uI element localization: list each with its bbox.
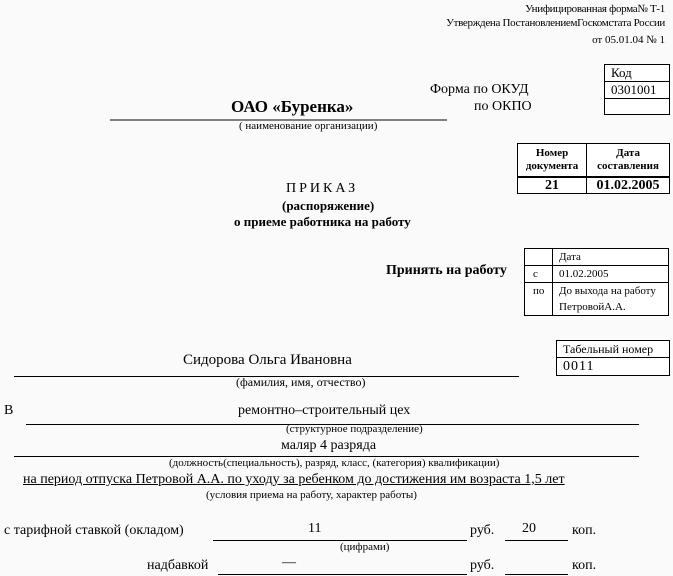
fio-caption: (фамилия, имя, отчество) — [236, 375, 365, 390]
approval-label: Утверждена ПостановлениемГоскомстата Рос… — [446, 17, 665, 29]
tariff-kop-value[interactable]: 20 — [522, 521, 536, 537]
bonus-label: надбавкой — [147, 558, 208, 574]
code-box: Код 0301001 — [604, 64, 670, 115]
code-header: Код — [605, 65, 669, 82]
tariff-kop-underline — [505, 540, 568, 541]
conditions-value[interactable]: на период отпуска Петровой А.А. по уходу… — [23, 472, 565, 488]
employment-period-table: Дата с 01.02.2005 по До выхода на работу… — [524, 248, 669, 316]
okpo-label: по ОКПО — [474, 99, 532, 115]
bonus-kop-label: коп. — [572, 558, 596, 574]
department-caption: (структурное подразделение) — [286, 423, 423, 435]
tariff-kop-label: коп. — [572, 523, 596, 539]
document-number-table: Номердокумента Датасоставления 21 01.02.… — [517, 143, 670, 194]
period-from-value[interactable]: 01.02.2005 — [553, 266, 669, 283]
tab-number-box: Табельный номер 0011 — [556, 340, 670, 376]
tab-number-value[interactable]: 0011 — [557, 358, 669, 376]
order-subject: о приеме работника на работу — [234, 214, 411, 230]
bonus-rub-value[interactable]: — — [282, 555, 296, 571]
department-value[interactable]: ремонтно–строительный цех — [238, 403, 410, 419]
period-to-line1: До выхода на работу — [559, 283, 668, 299]
doc-number-value[interactable]: 21 — [518, 177, 587, 194]
period-to-value[interactable]: До выхода на работу ПетровойА.А. — [553, 283, 669, 316]
organization-caption: ( наименование организации) — [239, 120, 377, 132]
order-subtitle: (распоряжение) — [282, 198, 374, 214]
position-value[interactable]: маляр 4 разряда — [281, 438, 376, 454]
tariff-rub-label: руб. — [470, 523, 494, 539]
tab-number-header: Табельный номер — [557, 341, 669, 358]
bonus-rub-underline — [218, 574, 467, 575]
okud-label: Форма по ОКУД — [430, 82, 529, 98]
digits-caption: (цифрами) — [340, 541, 389, 553]
in-label: В — [4, 403, 13, 419]
approval-date-label: от 05.01.04 № 1 — [592, 34, 665, 46]
bonus-kop-underline — [505, 574, 568, 575]
position-caption: (должность(специальность), разряд, класс… — [169, 457, 499, 469]
doc-date-value[interactable]: 01.02.2005 — [587, 177, 670, 194]
doc-date-header: Датасоставления — [587, 144, 670, 177]
order-title: ПРИКАЗ — [286, 181, 358, 197]
okpo-code-field[interactable] — [605, 99, 669, 116]
tariff-rate-label: с тарифной ставкой (окладом) — [4, 523, 184, 539]
employee-fio[interactable]: Сидорова Ольга Ивановна — [183, 352, 352, 369]
period-from-label: с — [525, 266, 553, 283]
period-date-header: Дата — [553, 249, 669, 266]
period-empty-cell — [525, 249, 553, 266]
organization-name: ОАО «Буренка» — [231, 97, 353, 117]
doc-number-header: Номердокумента — [518, 144, 587, 177]
okud-code-field[interactable]: 0301001 — [605, 82, 669, 99]
conditions-caption: (условия приема на работу, характер рабо… — [206, 489, 417, 501]
unified-form-label: Унифицированная форма№ Т-1 — [525, 3, 665, 15]
period-to-line2: ПетровойА.А. — [559, 299, 668, 315]
period-to-label: по — [525, 283, 553, 316]
tariff-rub-value[interactable]: 11 — [308, 521, 321, 537]
bonus-rub-label: руб. — [470, 558, 494, 574]
accept-label: Принять на работу — [386, 263, 507, 279]
